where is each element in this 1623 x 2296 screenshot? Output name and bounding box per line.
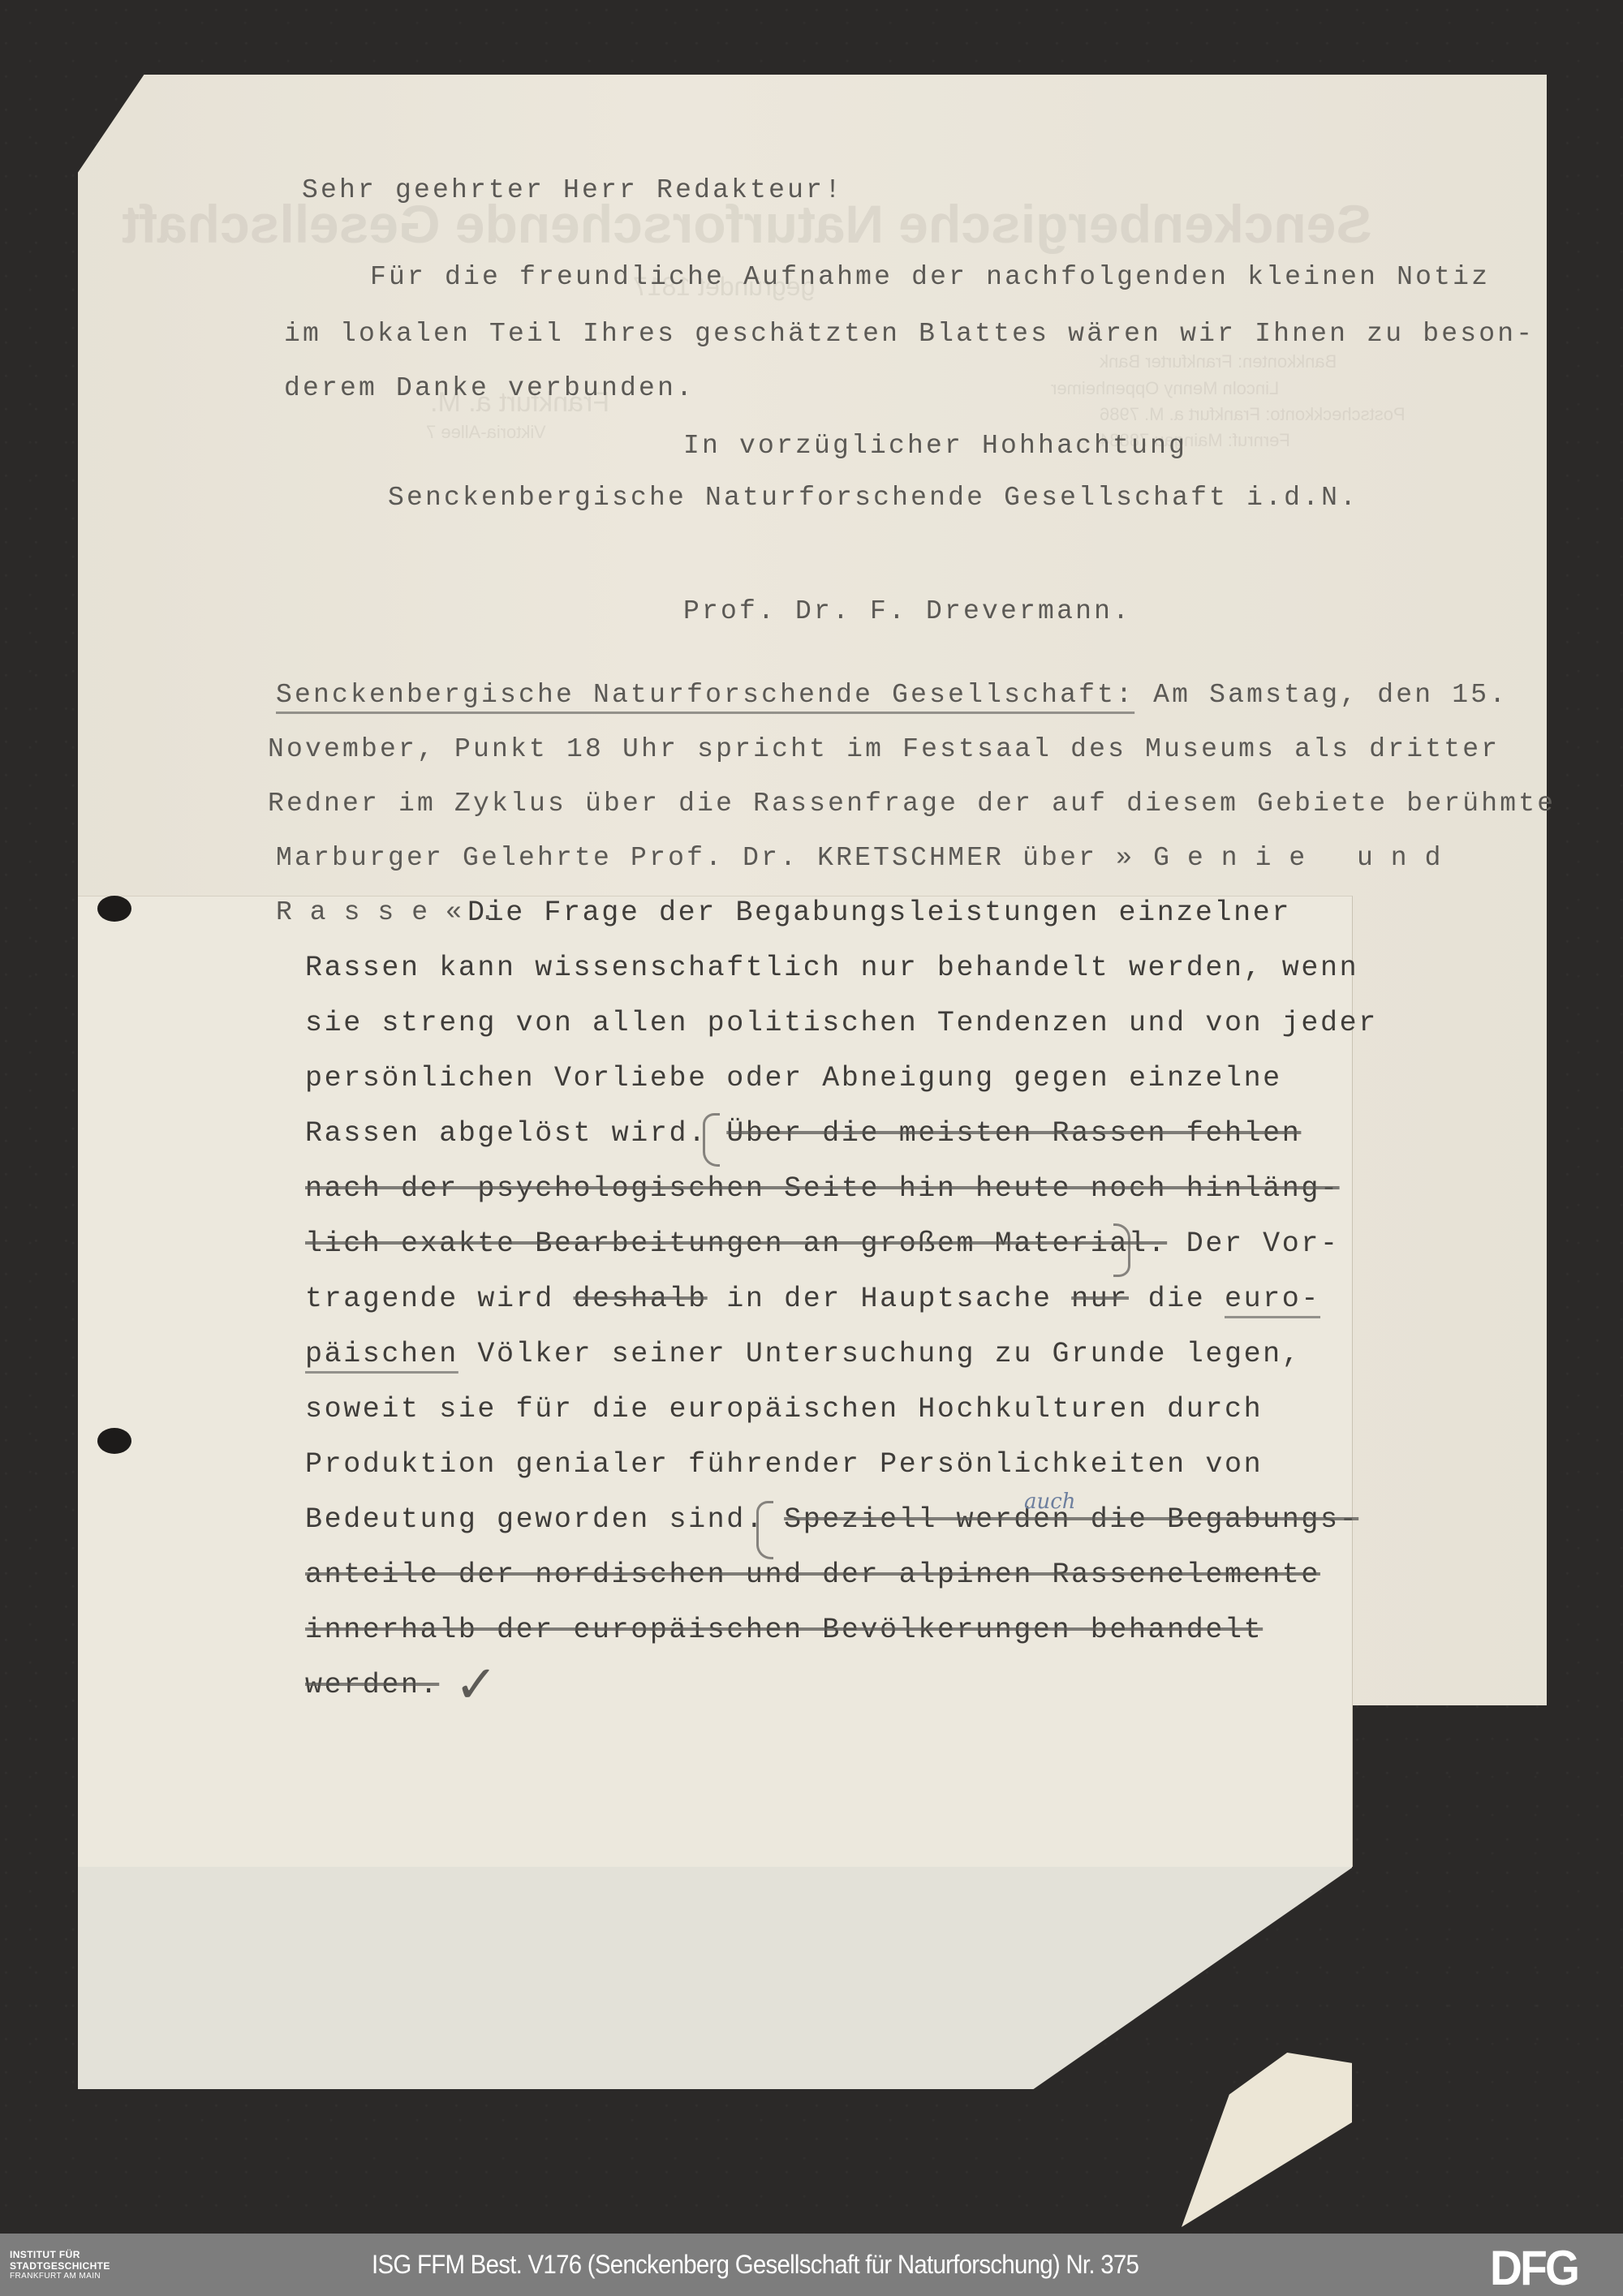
underlined-text: päischen [305,1338,458,1370]
letter-line-3: derem Danke verbunden. [284,375,695,402]
salutation: Sehr geehrter Herr Redakteur! [302,177,843,204]
notice-heading: Senckenbergische Naturforschende Gesells… [276,680,1134,710]
underlined-text: euro- [1225,1283,1320,1315]
struck-text: lich exakte Bearbeitungen an großem Mate… [305,1228,1167,1260]
notice-line-4: Marburger Gelehrte Prof. Dr. KRETSCHMER … [276,845,1458,871]
deletion-bracket-open-1 [703,1113,720,1167]
slip-line-4: Rassen abgelöst wird. Über die meisten R… [305,1120,1301,1148]
deletion-bracket-open-2 [756,1501,773,1559]
struck-text: nach der psychologischen Seite hin heute… [305,1172,1340,1205]
letterhead-bank-2: Lincoln Menny Oppenheimer [1051,378,1279,399]
pasted-slip [78,896,1353,1867]
letterhead-bank-3: Postscheckkonto: Frankfurt a. M. 7986 [1100,404,1406,425]
handwritten-insertion: auch [1024,1490,1076,1514]
struck-text: deshalb [573,1283,707,1315]
closing: In vorzüglicher Hohhachtung [683,432,1187,459]
letter-line-1: Für die freundliche Aufnahme der nachfol… [370,264,1490,290]
slip-line-14: werden. [305,1671,439,1700]
slip-line-9: soweit sie für die europäischen Hochkult… [305,1395,1263,1424]
slip-line-13: innerhalb der europäischen Bevölkerungen… [305,1616,1263,1645]
slip-line-8: päischen Völker seiner Untersuchung zu G… [305,1340,1301,1369]
letter-line-2: im lokalen Teil Ihres geschätzten Blatte… [284,320,1535,347]
slip-line-2: sie streng von allen politischen Tendenz… [305,1009,1378,1038]
slip-line-5: nach der psychologischen Seite hin heute… [305,1175,1340,1203]
archive-caption: ISG FFM Best. V176 (Senckenberg Gesellsc… [372,2250,1139,2280]
slip-line-0: Die Frage der Begabungsleistungen einzel… [467,899,1291,927]
struck-text: nur [1071,1283,1129,1315]
notice-line-3: Redner im Zyklus über die Rassenfrage de… [268,790,1556,817]
punch-hole-top [97,896,131,922]
signatory: Prof. Dr. F. Drevermann. [683,598,1131,625]
institute-logo: INSTITUT FÜR STADTGESCHICHTE FRANKFURT A… [10,2250,110,2282]
slip-line-11: Bedeutung geworden sind. Speziell werden… [305,1506,1358,1534]
struck-text: Über die meisten Rassen fehlen [726,1117,1301,1150]
check-mark-icon: ✓ [454,1655,498,1715]
struck-text: werden. [305,1669,439,1701]
slip-line-7: tragende wird deshalb in der Hauptsache … [305,1285,1320,1314]
punch-hole-bottom [97,1428,131,1454]
notice-line-1: Senckenbergische Naturforschende Gesells… [276,681,1508,708]
letterhead-bank-1: Bankkonten: Frankfurter Bank [1100,351,1337,372]
letterhead-street: Viktoria-Allee 7 [426,422,546,443]
deletion-bracket-close-1 [1113,1223,1130,1277]
slip-line-3: persönlichen Vorliebe oder Abneigung geg… [305,1064,1282,1093]
struck-text: anteile der nordischen und der alpinen R… [305,1559,1320,1591]
slip-line-1: Rassen kann wissenschaftlich nur behande… [305,954,1358,982]
dfg-logo: DFG [1490,2240,1578,2296]
slip-line-12: anteile der nordischen und der alpinen R… [305,1561,1320,1589]
organization-signature: Senckenbergische Naturforschende Gesells… [388,484,1358,511]
slip-line-10: Produktion genialer führender Persönlich… [305,1451,1263,1479]
notice-line-2: November, Punkt 18 Uhr spricht im Festsa… [268,736,1500,763]
slip-line-6: lich exakte Bearbeitungen an großem Mate… [305,1230,1340,1258]
struck-text: innerhalb der europäischen Bevölkerungen… [305,1614,1263,1646]
archive-footer: INSTITUT FÜR STADTGESCHICHTE FRANKFURT A… [0,2234,1623,2296]
